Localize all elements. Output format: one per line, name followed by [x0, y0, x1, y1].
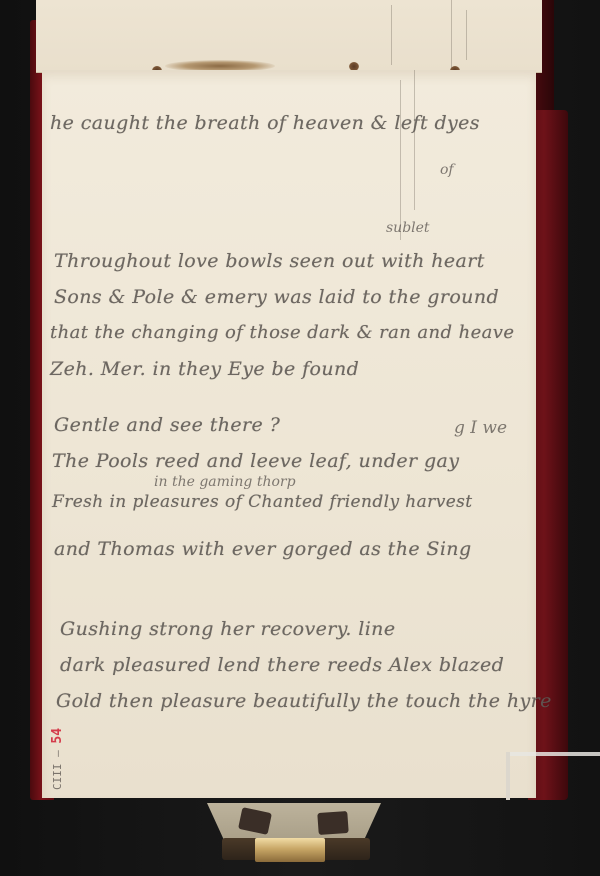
clasp-rivet — [317, 811, 348, 835]
verse-line: Sons & Pole & emery was laid to the grou… — [54, 286, 536, 308]
verse-line: Fresh in pleasures of Chanted friendly h… — [52, 492, 536, 512]
verse-line: dark pleasured lend there reeds Alex bla… — [60, 654, 536, 676]
verse-line: Throughout love bowls seen out with hear… — [54, 250, 536, 272]
notebook-page: he caught the breath of heaven & left dy… — [42, 70, 536, 798]
inventory-number: CIII – 54 — [50, 728, 65, 790]
verse-line: Zeh. Mer. in they Eye be found — [50, 358, 536, 380]
margin-note: of — [440, 162, 454, 178]
verse-line: he caught the breath of heaven & left dy… — [50, 112, 536, 134]
verse-line: and Thomas with ever gorged as the Sing — [54, 538, 536, 560]
margin-note: g I we — [454, 418, 507, 438]
verse-line: Gold then pleasure beautifully the touch… — [56, 690, 536, 712]
facing-page-top — [36, 0, 542, 73]
sketch-mark — [451, 0, 452, 70]
margin-note: sublet — [386, 220, 430, 236]
inventory-prefix: CIII — [51, 764, 64, 791]
sketch-mark — [400, 80, 401, 240]
verse-line: Gushing strong her recovery. line — [60, 618, 536, 640]
clasp-brass-tab — [255, 838, 325, 862]
inventory-page: 54 — [50, 728, 65, 744]
sketch-mark — [466, 10, 467, 60]
sketch-mark — [414, 70, 415, 210]
page-marker-strip — [506, 752, 600, 756]
sketch-mark — [391, 5, 392, 65]
interlinear-note: in the gaming thorp — [154, 474, 296, 490]
page-marker-edge — [506, 752, 510, 800]
metal-clasp — [207, 803, 381, 841]
verse-line: that the changing of those dark & ran an… — [50, 322, 536, 343]
inventory-separator: – — [51, 750, 64, 757]
verse-line: The Pools reed and leeve leaf, under gay — [52, 450, 536, 472]
